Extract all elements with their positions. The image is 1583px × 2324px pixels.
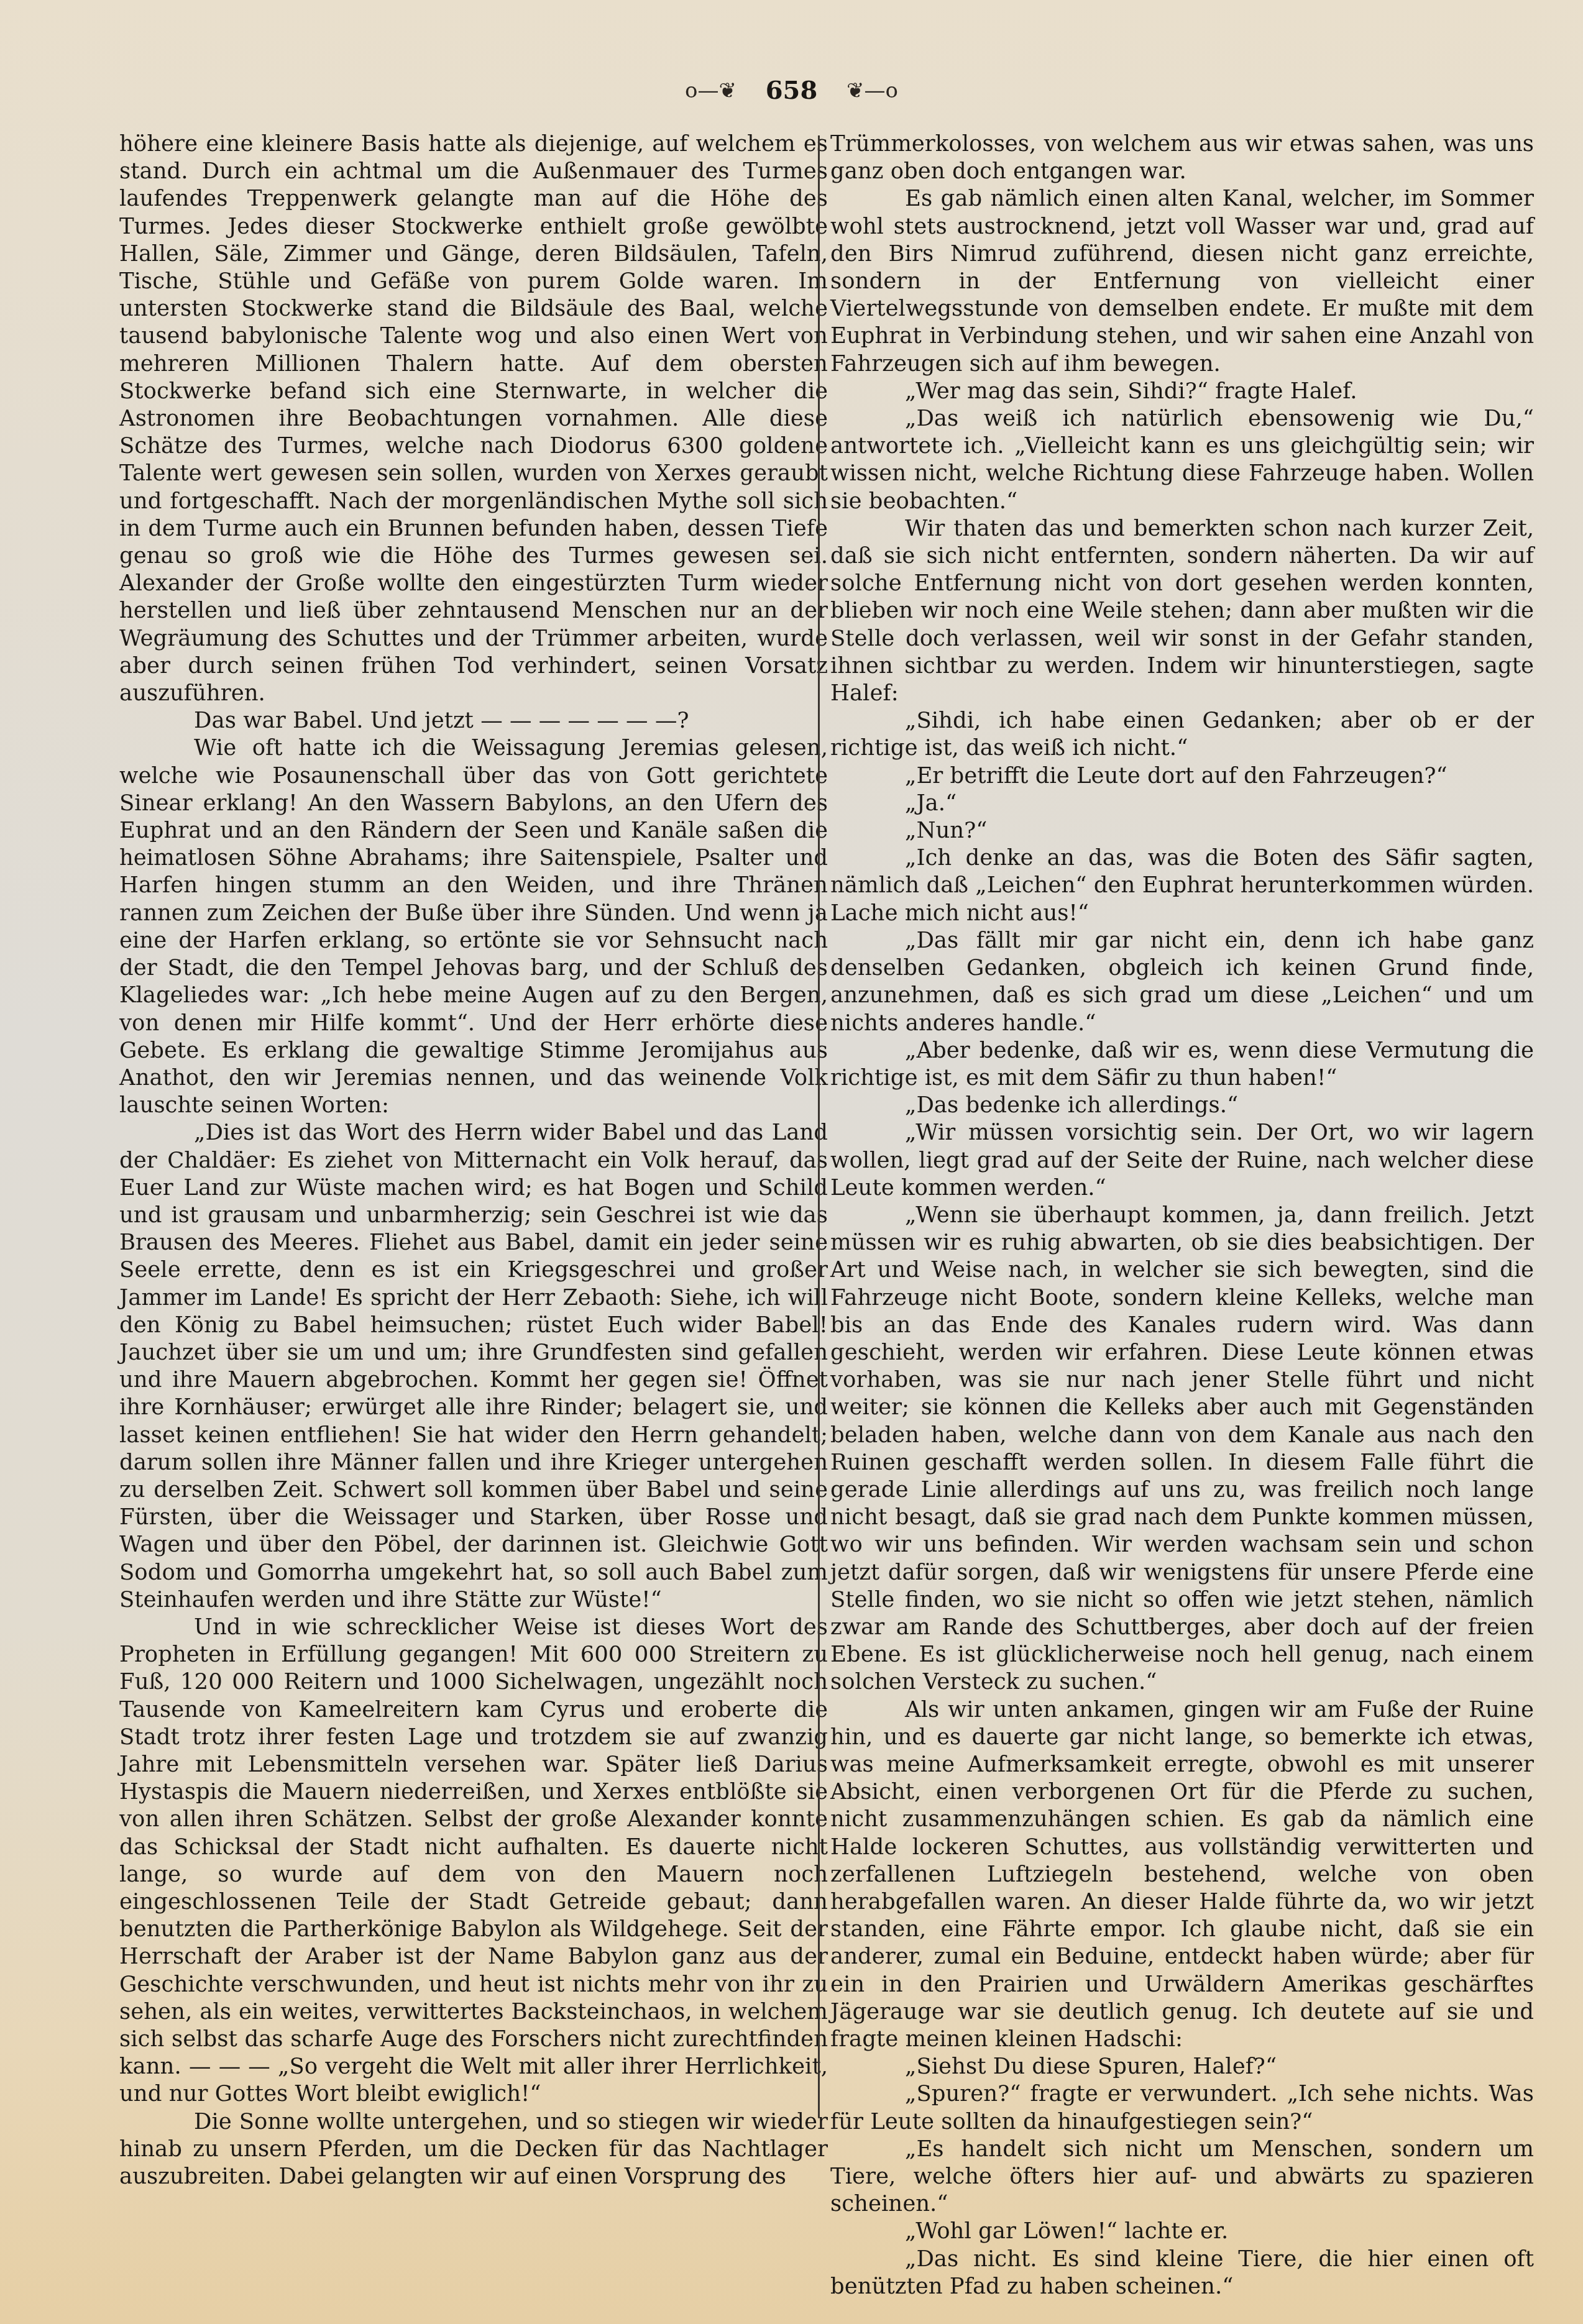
paragraph: „Wir müssen vorsichtig sein. Der Ort, wo… xyxy=(830,1119,1534,1202)
paragraph: „Sihdi, ich habe einen Gedanken; aber ob… xyxy=(830,707,1534,762)
paragraph: „Nun?“ xyxy=(830,817,1534,844)
paragraph: „Wer mag das sein, Sihdi?“ fragte Halef. xyxy=(830,378,1534,405)
paragraph: Wir thaten das und bemerkten schon nach … xyxy=(830,515,1534,707)
paragraph: „Dies ist das Wort des Herrn wider Babel… xyxy=(119,1119,828,1614)
paragraph: Als wir unten ankamen, gingen wir am Fuß… xyxy=(830,1696,1534,2054)
paragraph: „Wohl gar Löwen!“ lachte er. xyxy=(830,2218,1534,2245)
paragraph: „Spuren?“ fragte er verwundert. „Ich seh… xyxy=(830,2080,1534,2135)
paragraph: „Aber bedenke, daß wir es, wenn diese Ve… xyxy=(830,1037,1534,1092)
ornament-left-icon: o—❦ xyxy=(685,75,736,106)
paragraph: „Das bedenke ich allerdings.“ xyxy=(830,1092,1534,1119)
paragraph: „Es handelt sich nicht um Menschen, sond… xyxy=(830,2136,1534,2218)
paragraph: Wie oft hatte ich die Weissagung Jeremia… xyxy=(119,734,828,1119)
paragraph: „Wenn sie überhaupt kommen, ja, dann fre… xyxy=(830,1202,1534,1696)
column-divider xyxy=(818,135,820,2118)
paragraph: „Ich denke an das, was die Boten des Säf… xyxy=(830,844,1534,927)
ornament-right-icon: ❦—o xyxy=(847,75,898,106)
left-column: höhere eine kleinere Basis hatte als die… xyxy=(119,130,828,2190)
paragraph: „Er betrifft die Leute dort auf den Fahr… xyxy=(830,762,1534,790)
paragraph: höhere eine kleinere Basis hatte als die… xyxy=(119,130,828,707)
page-number: 658 xyxy=(766,76,818,105)
paragraph: Die Sonne wollte untergehen, und so stie… xyxy=(119,2108,828,2191)
paragraph: „Das fällt mir gar nicht ein, denn ich h… xyxy=(830,927,1534,1037)
paragraph: Trümmerkolosses, von welchem aus wir etw… xyxy=(830,130,1534,185)
paragraph: „Siehst Du diese Spuren, Halef?“ xyxy=(830,2053,1534,2080)
paragraph: „Ja.“ xyxy=(830,790,1534,817)
paragraph: „Das nicht. Es sind kleine Tiere, die hi… xyxy=(830,2246,1534,2300)
right-column: Trümmerkolosses, von welchem aus wir etw… xyxy=(830,130,1534,2300)
page-header: o—❦ 658 ❦—o xyxy=(0,73,1583,106)
paragraph: Und in wie schrecklicher Weise ist diese… xyxy=(119,1614,828,2108)
paragraph: „Das weiß ich natürlich ebensowenig wie … xyxy=(830,405,1534,515)
paragraph: Das war Babel. Und jetzt — — — — — — —? xyxy=(119,707,828,734)
paragraph: Es gab nämlich einen alten Kanal, welche… xyxy=(830,185,1534,377)
